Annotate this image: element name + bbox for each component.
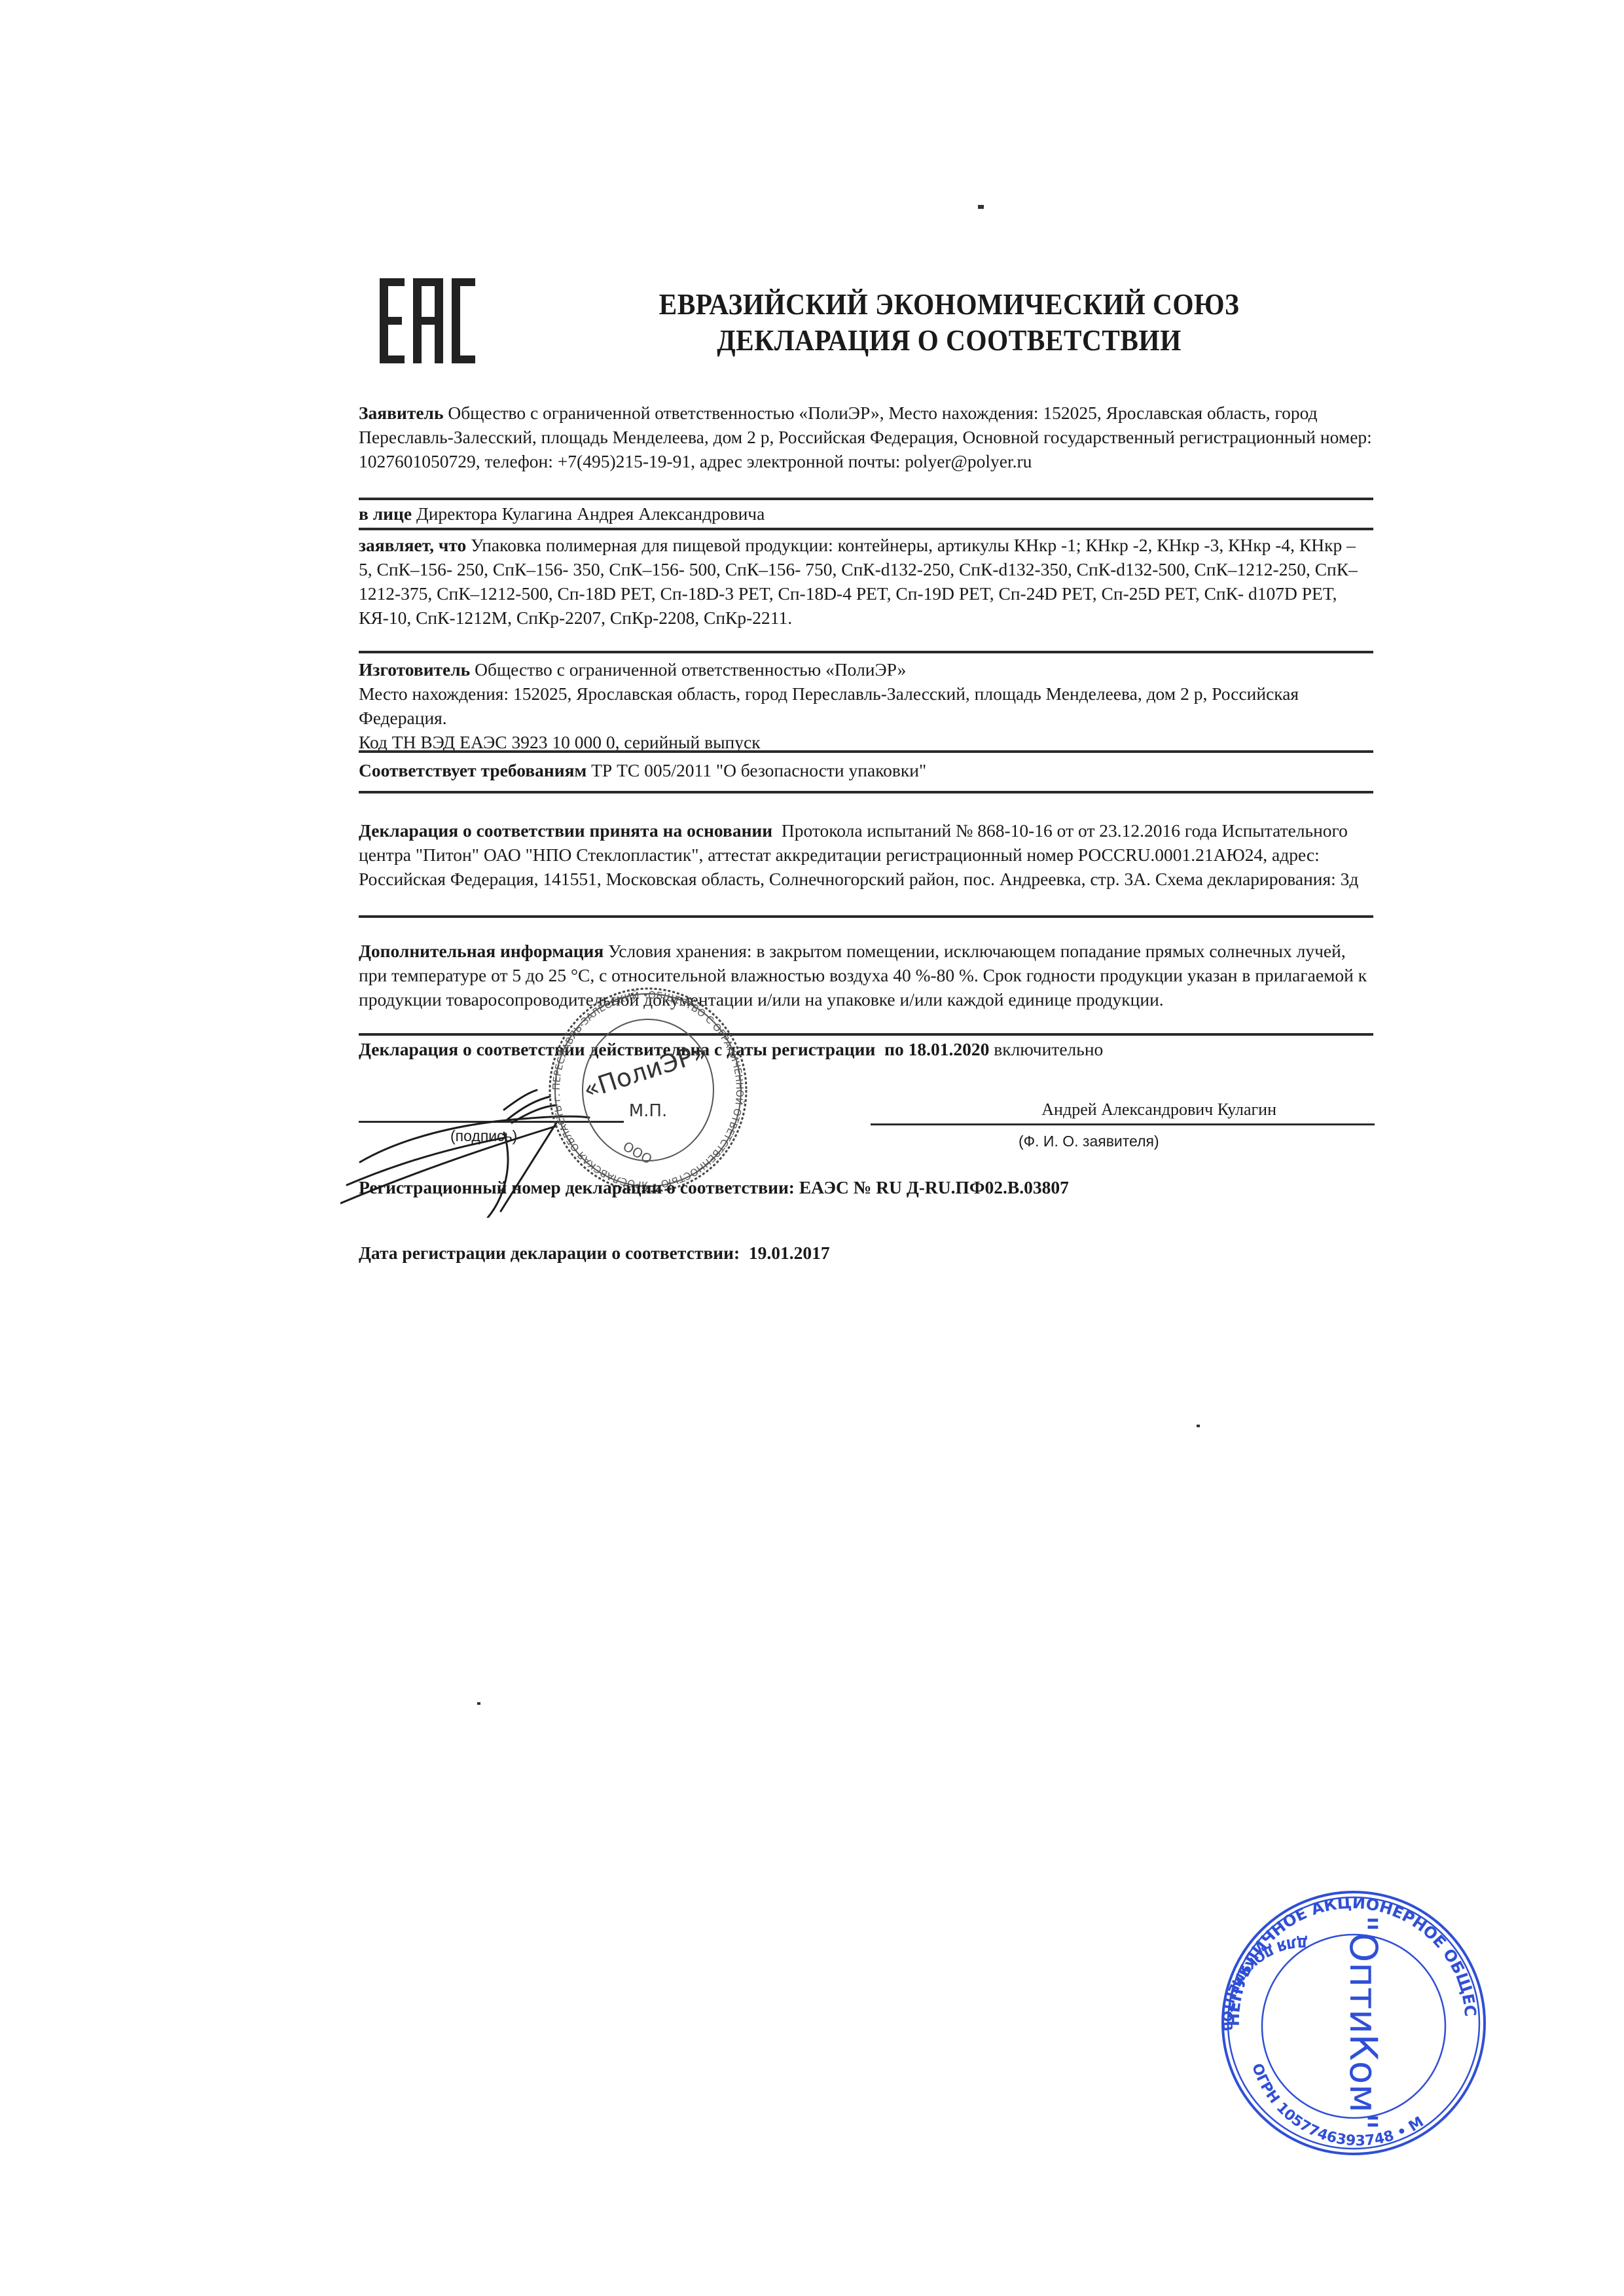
scan-speck [477,1702,480,1705]
applicant-label: Заявитель [359,403,444,423]
additional-label: Дополнительная информация [359,941,604,961]
registration-date: 19.01.2017 [749,1243,830,1263]
divider [359,1033,1373,1036]
validity-section: Декларация о соответствии действительна … [359,1037,1373,1061]
declares-label: заявляет, что [359,535,466,555]
divider [359,651,1373,653]
basis-section: Декларация о соответствии принята на осн… [359,818,1373,891]
divider [359,791,1373,793]
scan-speck [978,205,984,209]
divider [359,915,1373,918]
represented-by-label: в лице [359,503,412,524]
basis-label: Декларация о соответствии принята на осн… [359,820,772,841]
svg-text:ДЛЯ ДОКУМЕНТОВ: ДЛЯ ДОКУМЕНТОВ [1219,1935,1308,2032]
svg-text:"ОптиКом": "ОптиКом" [1341,1915,1386,2130]
registration-number: ЕАЭС № RU Д-RU.ПФ02.В.03807 [799,1177,1069,1197]
conformity-label: Соответствует требованиям [359,760,586,780]
registration-date-section: Дата регистрации декларации о соответств… [359,1241,1373,1265]
applicant-text: Общество с ограниченной ответственностью… [359,403,1372,471]
manufacturer-address: Место нахождения: 152025, Ярославская об… [359,682,1373,730]
validity-date: 18.01.2020 [909,1039,990,1059]
divider [359,528,1373,530]
manufacturer-name: Общество с ограниченной ответственностью… [475,659,906,680]
conformity-section: Соответствует требованиям ТР ТС 005/2011… [359,758,1373,782]
svg-text:ООО: ООО [621,1139,655,1167]
validity-suffix: включительно [994,1039,1103,1059]
registration-number-label: Регистрационный номер декларации о соотв… [359,1177,795,1197]
registration-number-section: Регистрационный номер декларации о соотв… [359,1175,1373,1199]
divider [359,498,1373,500]
signatory-name: Андрей Александрович Кулагин [871,1097,1276,1121]
validity-until-label: по [884,1039,904,1059]
scan-speck [1197,1425,1200,1427]
represented-by-text: Директора Кулагина Андрея Александровича [416,503,765,524]
represented-by-section: в лице Директора Кулагина Андрея Алексан… [359,501,1373,526]
registration-date-label: Дата регистрации декларации о соответств… [359,1243,740,1263]
product-list: Упаковка полимерная для пищевой продукци… [359,535,1358,628]
applicant-section: Заявитель Общество с ограниченной ответс… [359,401,1373,473]
conformity-standard: ТР ТС 005/2011 "О безопасности упаковки" [591,760,926,780]
signatory-name-caption: (Ф. И. О. заявителя) [1019,1133,1159,1150]
company-seal-icon: ОБЩЕСТВО С ОГРАНИЧЕННОЙ ОТВЕТСТВЕННОСТЬЮ… [543,982,753,1198]
certifier-seal-icon: НЕПУБЛИЧНОЕ АКЦИОНЕРНОЕ ОБЩЕСТВО ОГРН 10… [1203,1886,1498,2160]
svg-text:М.П.: М.П. [629,1101,668,1121]
manufacturer-label: Изготовитель [359,659,470,680]
divider [359,750,1373,753]
declares-section: заявляет, что Упаковка полимерная для пи… [359,533,1373,630]
manufacturer-section: Изготовитель Общество с ограниченной отв… [359,657,1373,754]
name-line [871,1123,1375,1125]
svg-text:«ПолиЭР»: «ПолиЭР» [580,1037,712,1104]
title-union: ЕВРАЗИЙСКИЙ ЭКОНОМИЧЕСКИЙ СОЮЗ [625,287,1273,321]
title-declaration: ДЕКЛАРАЦИЯ О СООТВЕТСТВИИ [625,323,1273,357]
additional-info-section: Дополнительная информация Условия хранен… [359,939,1373,1011]
eac-logo-icon [378,275,477,367]
